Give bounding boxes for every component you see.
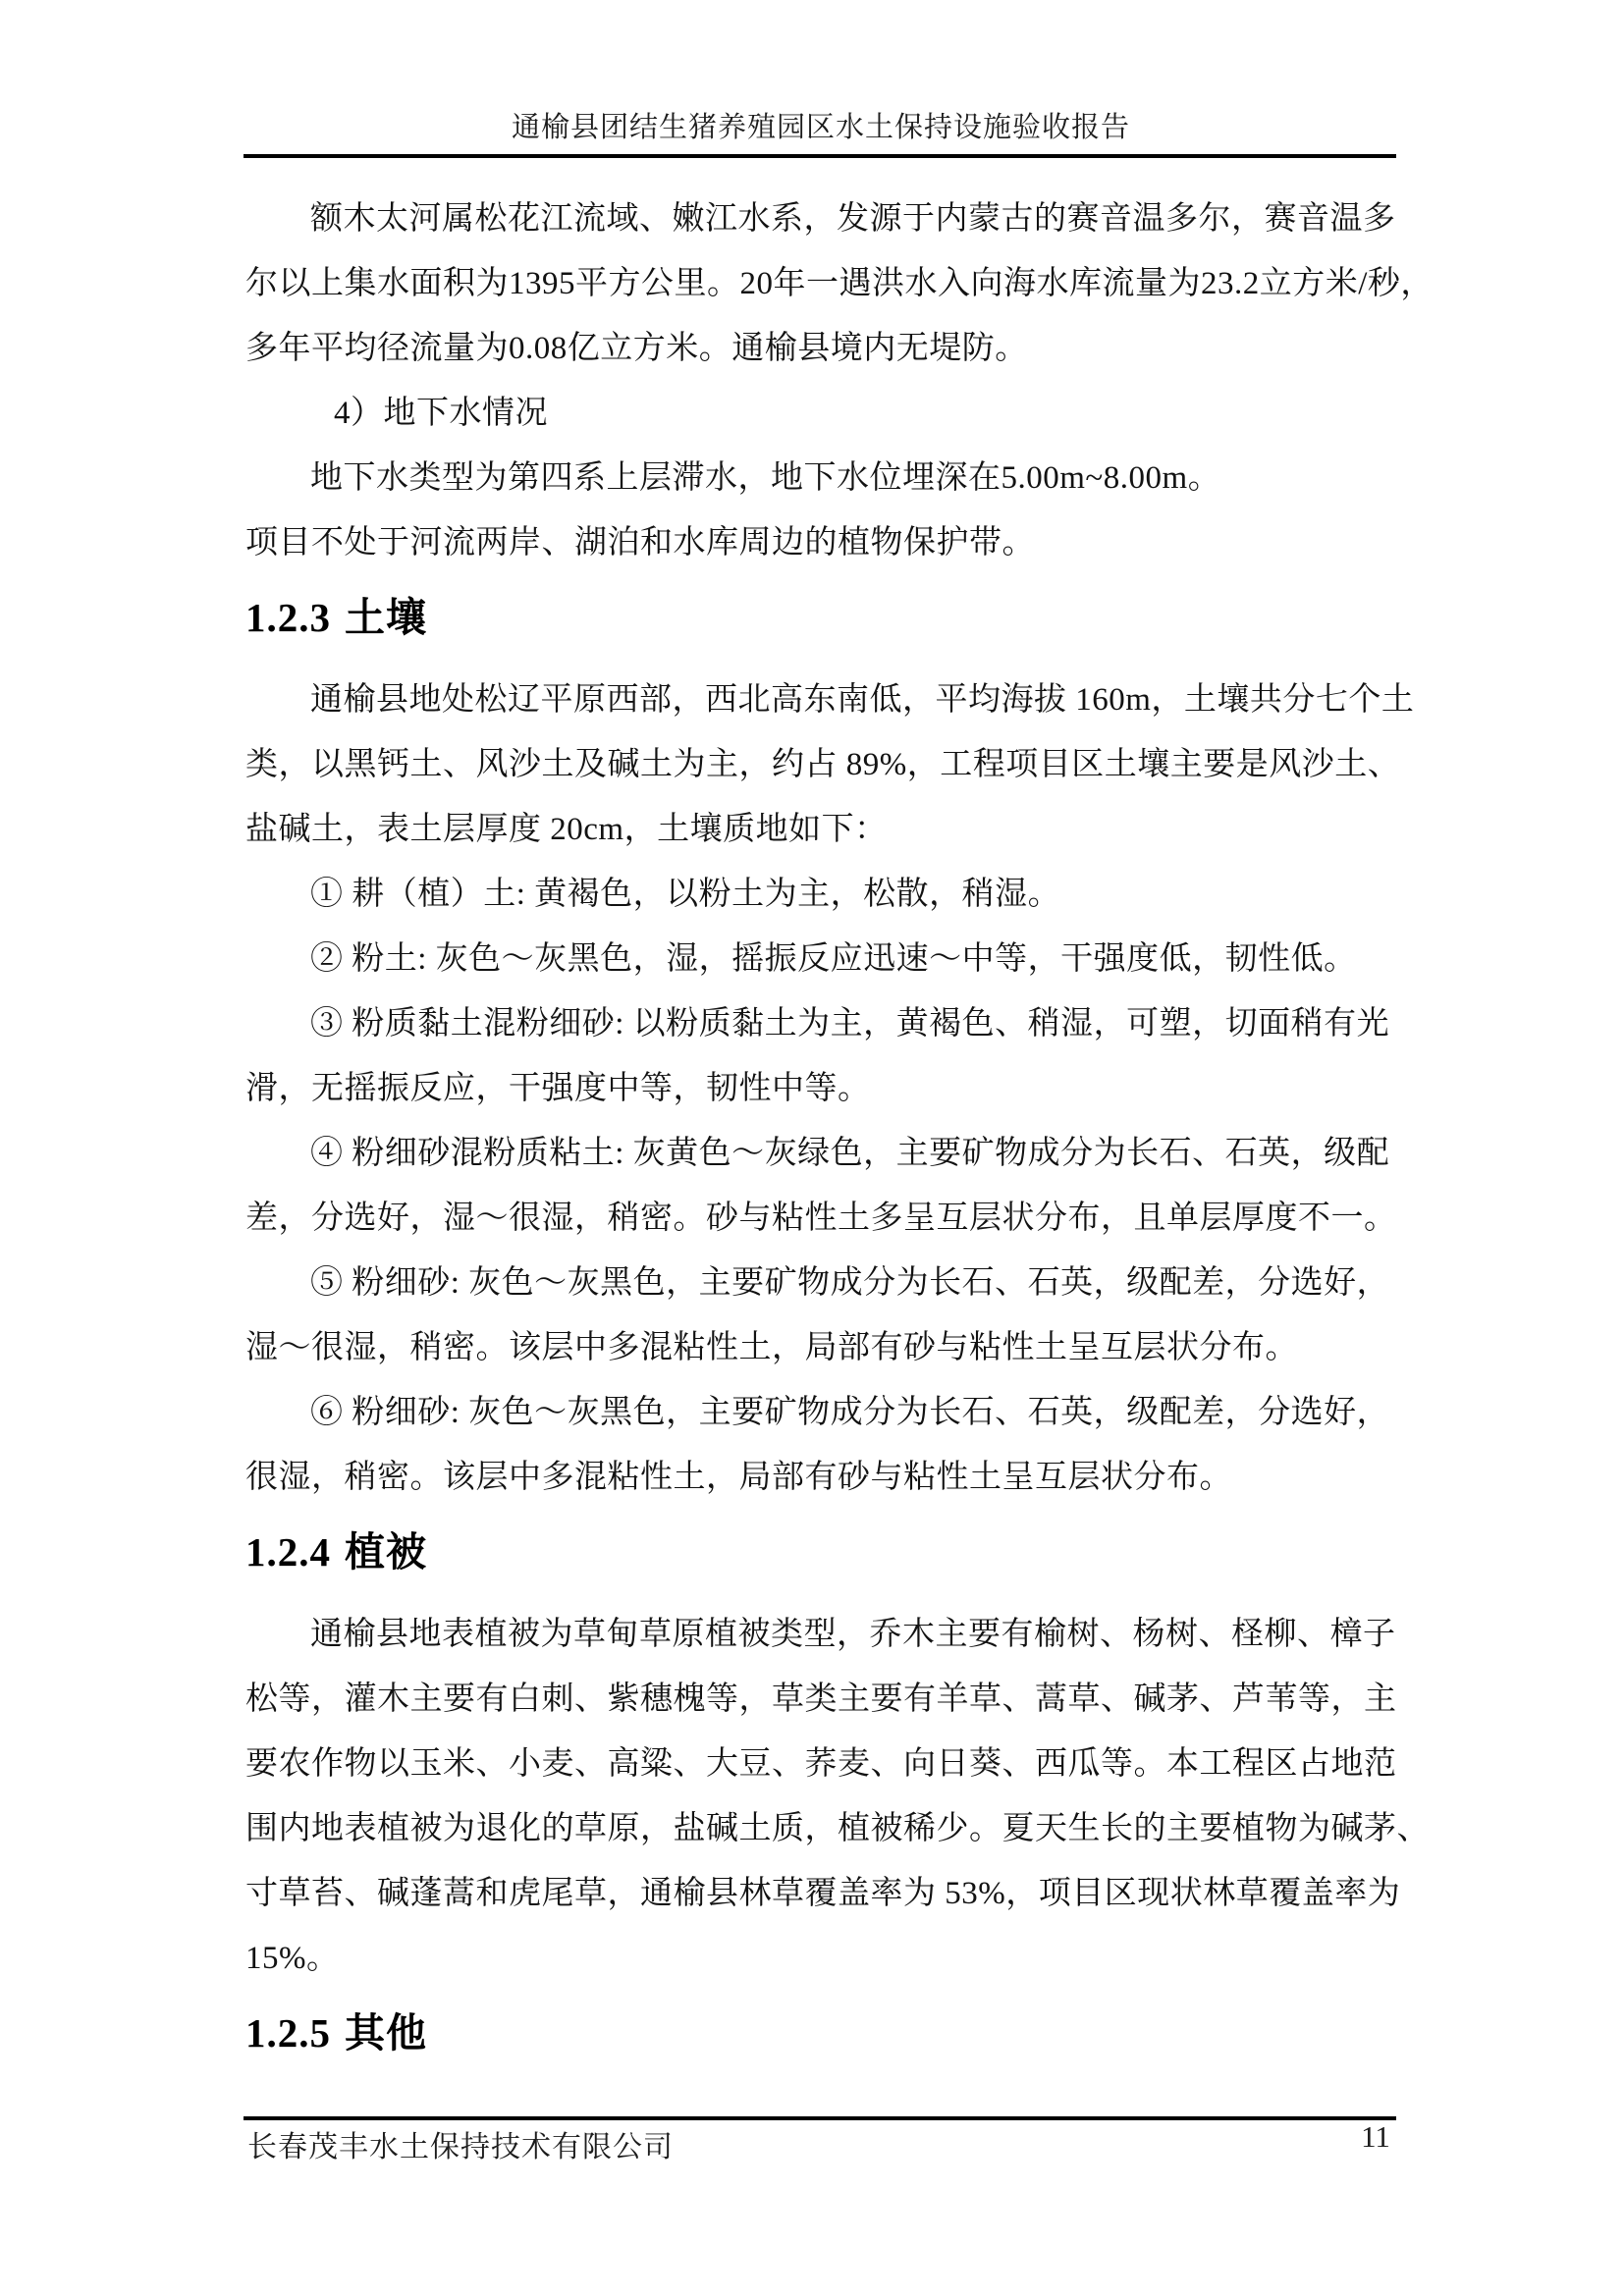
body-line: 寸草苔、碱蓬蒿和虎尾草，通榆县林草覆盖率为 53%，项目区现状林草覆盖率为 (245, 1861, 1396, 1926)
section-title: 植被 (345, 1529, 427, 1575)
body-line: 滑，无摇振反应，干强度中等，韧性中等。 (245, 1056, 1396, 1121)
body-line: 额木太河属松花江流域、嫩江水系，发源于内蒙古的赛音温多尔，赛音温多 (245, 187, 1396, 251)
page-header-title: 通榆县团结生猪养殖园区水土保持设施验收报告 (245, 108, 1396, 147)
body-line: 差，分选好，湿～很湿，稍密。砂与粘性土多呈互层状分布，且单层厚度不一。 (245, 1186, 1396, 1251)
body-line: ⑥ 粉细砂: 灰色～灰黑色，主要矿物成分为长石、石英，级配差，分选好， (245, 1380, 1396, 1445)
section-number: 1.2.4 (245, 1529, 331, 1575)
body-line: ③ 粉质黏土混粉细砂: 以粉质黏土为主，黄褐色、稍湿，可塑，切面稍有光 (245, 991, 1396, 1056)
body-line: 松等，灌木主要有白刺、紫穗槐等，草类主要有羊草、蒿草、碱茅、芦苇等，主 (245, 1667, 1396, 1732)
section-heading: 1.2.5其他 (245, 2004, 1396, 2061)
document-page: 通榆县团结生猪养殖园区水土保持设施验收报告 额木太河属松花江流域、嫩江水系，发源… (0, 0, 1624, 2296)
body-line: 盐碱土，表土层厚度 20cm，土壤质地如下： (245, 797, 1396, 862)
section-heading: 1.2.4植被 (245, 1523, 1396, 1580)
body-line: 地下水类型为第四系上层滞水，地下水位埋深在5.00m~8.00m。 (245, 446, 1396, 510)
body-line: 围内地表植被为退化的草原，盐碱土质，植被稀少。夏天生长的主要植物为碱茅、 (245, 1796, 1396, 1861)
body-content: 额木太河属松花江流域、嫩江水系，发源于内蒙古的赛音温多尔，赛音温多尔以上集水面积… (245, 187, 1396, 2083)
body-line: 15%。 (245, 1926, 1396, 1991)
section-number: 1.2.5 (245, 2010, 331, 2056)
body-line: ⑤ 粉细砂: 灰色～灰黑色，主要矿物成分为长石、石英，级配差，分选好， (245, 1251, 1396, 1315)
body-line: ② 粉土: 灰色～灰黑色，湿，摇振反应迅速～中等，干强度低，韧性低。 (245, 927, 1396, 991)
body-line: 湿～很湿，稍密。该层中多混粘性土，局部有砂与粘性土呈互层状分布。 (245, 1315, 1396, 1380)
body-line: ④ 粉细砂混粉质粘土: 灰黄色～灰绿色，主要矿物成分为长石、石英，级配 (245, 1121, 1396, 1186)
footer-rule (244, 2116, 1396, 2120)
body-line: 类，以黑钙土、风沙土及碱土为主，约占 89%，工程项目区土壤主要是风沙土、 (245, 732, 1396, 797)
body-line: 4）地下水情况 (245, 381, 1396, 446)
header-rule (244, 154, 1396, 158)
body-line: 项目不处于河流两岸、湖泊和水库周边的植物保护带。 (245, 510, 1396, 575)
body-line: 尔以上集水面积为1395平方公里。20年一遇洪水入向海水库流量为23.2立方米/… (245, 251, 1396, 316)
page-number: 11 (1355, 2120, 1396, 2154)
body-line: 要农作物以玉米、小麦、高粱、大豆、荞麦、向日葵、西瓜等。本工程区占地范 (245, 1732, 1396, 1796)
section-title: 土壤 (345, 595, 427, 640)
section-number: 1.2.3 (245, 595, 331, 640)
body-line: 很湿，稍密。该层中多混粘性土，局部有砂与粘性土呈互层状分布。 (245, 1445, 1396, 1510)
section-title: 其他 (345, 2010, 427, 2056)
body-line: 多年平均径流量为0.08亿立方米。通榆县境内无堤防。 (245, 316, 1396, 381)
body-line: ① 耕（植）土: 黄褐色，以粉土为主，松散，稍湿。 (245, 862, 1396, 927)
body-line: 通榆县地表植被为草甸草原植被类型，乔木主要有榆树、杨树、柽柳、樟子 (245, 1602, 1396, 1667)
section-heading: 1.2.3土壤 (245, 589, 1396, 646)
body-line: 通榆县地处松辽平原西部，西北高东南低，平均海拔 160m，土壤共分七个土 (245, 667, 1396, 732)
footer-company-name: 长春茂丰水土保持技术有限公司 (247, 2130, 674, 2165)
